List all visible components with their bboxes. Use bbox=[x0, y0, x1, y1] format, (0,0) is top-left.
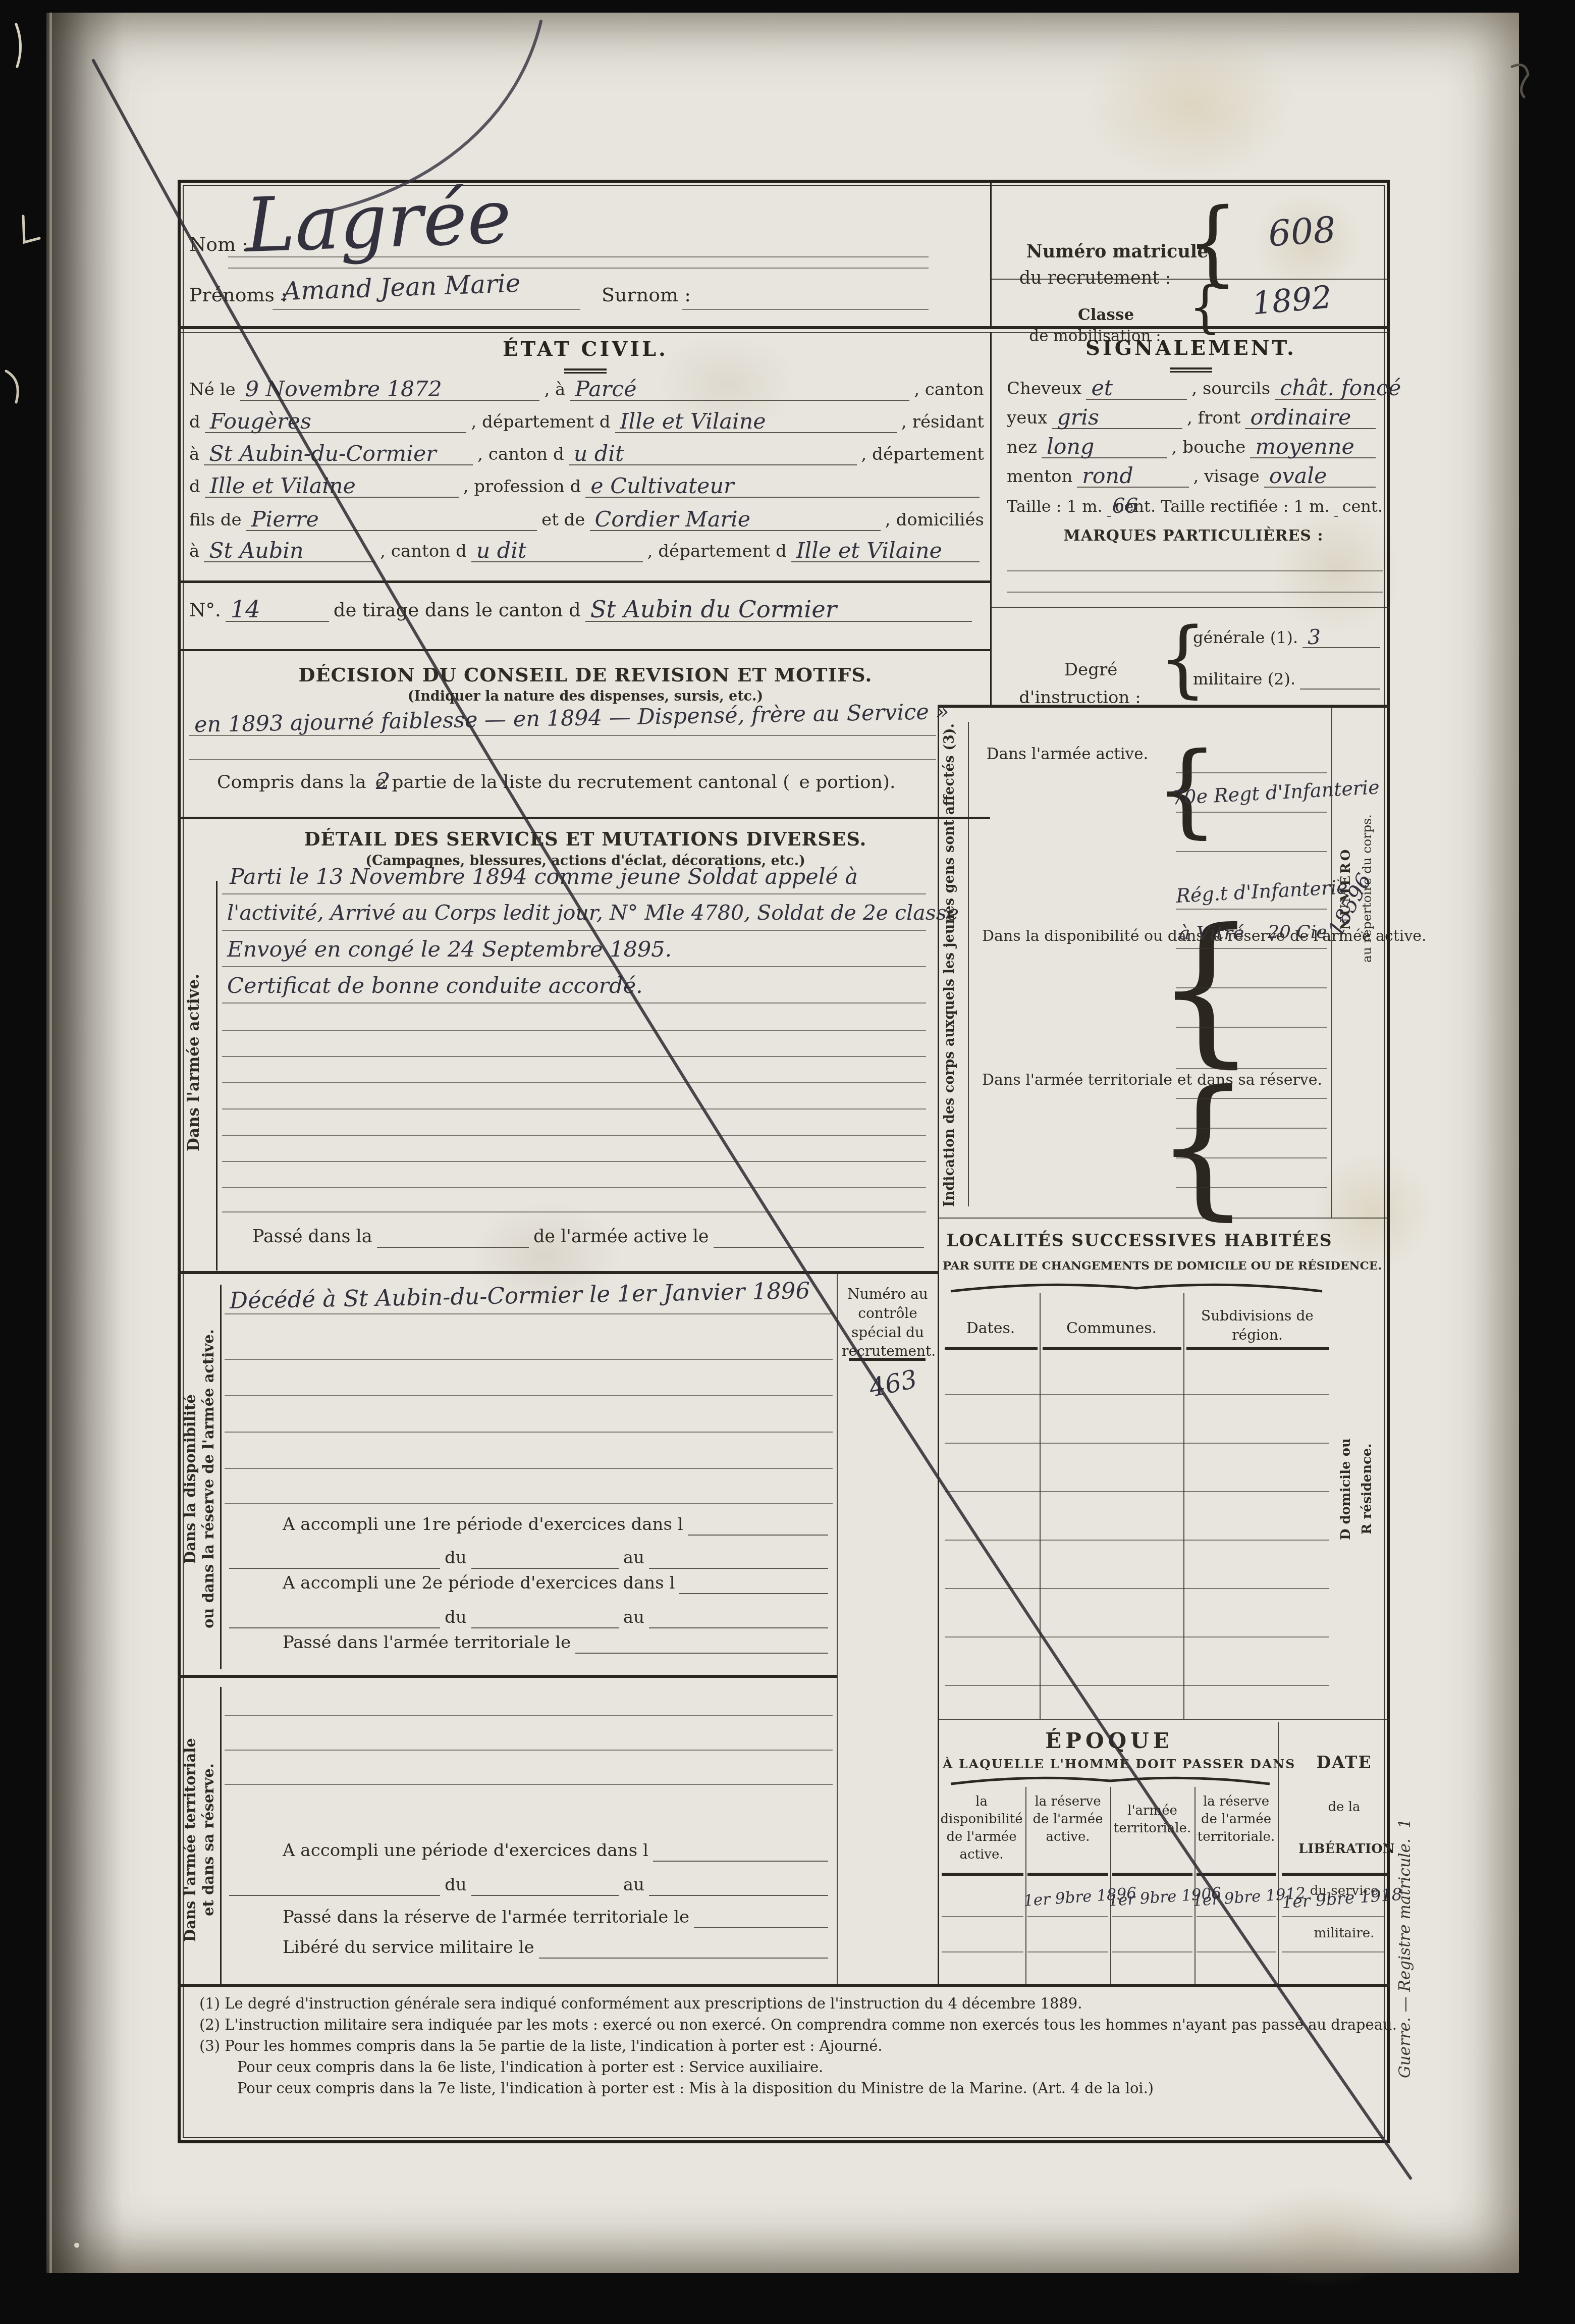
ruled-line bbox=[222, 1108, 926, 1110]
book-gutter-shadow bbox=[46, 13, 122, 2273]
decision-title: DÉCISION DU CONSEIL DE REVISION ET MOTIF… bbox=[182, 663, 989, 686]
ruled-line bbox=[225, 1359, 833, 1360]
prenoms-line bbox=[273, 309, 580, 310]
localites-row bbox=[945, 1636, 1329, 1638]
periode2-du-au: duau bbox=[225, 1605, 833, 1628]
corps-line bbox=[1176, 1098, 1327, 1099]
margin-mark bbox=[23, 216, 39, 242]
localites-row bbox=[945, 1540, 1329, 1541]
service-entry: l'activité, Arrivé au Corps ledit jour, … bbox=[227, 901, 959, 925]
localites-dr-label2: R résidence. bbox=[1360, 1363, 1375, 1615]
ruled-line bbox=[225, 1432, 833, 1433]
section-label-armee-active: Dans l'armée active. bbox=[185, 954, 205, 1171]
epoque-col-header: la disponibilité de l'armée active. bbox=[940, 1793, 1023, 1864]
epoque-date-label: DATE de la LIBÉRATION du service militai… bbox=[1282, 1728, 1390, 1965]
corps-line bbox=[1176, 772, 1327, 773]
ruled-line bbox=[222, 1187, 926, 1188]
epoque-header-rule bbox=[1027, 1873, 1108, 1876]
passe-reserve-terr-line: Passé dans la réserve de l'armée territo… bbox=[283, 1905, 833, 1928]
corps-dispo-value3: 20 Cie bbox=[1268, 922, 1327, 942]
localites-header-rule bbox=[1186, 1347, 1329, 1350]
degre-generale-line: générale (1).3 bbox=[1193, 625, 1385, 648]
epoque-empty-line bbox=[1027, 1951, 1108, 1952]
territoriale-bracket bbox=[220, 1687, 222, 1984]
etat-civil-line: dFougères, département dIlle et Vilaine,… bbox=[189, 410, 984, 433]
corps-line bbox=[1176, 987, 1327, 988]
column-divider-upper bbox=[990, 332, 992, 707]
disponibilite-bracket bbox=[220, 1285, 222, 1669]
page-edge-highlight bbox=[49, 13, 52, 2273]
column-divider-lower bbox=[938, 705, 939, 1986]
corps-line bbox=[1176, 948, 1327, 949]
epoque-title: ÉPOQUE bbox=[943, 1728, 1276, 1753]
section-label-territoriale: Dans l'armée territoriale bbox=[182, 1701, 200, 1979]
etat-civil-line: àSt Aubin, canton du dit, département dI… bbox=[189, 539, 984, 562]
localites-row bbox=[945, 1394, 1329, 1395]
service-line bbox=[222, 893, 926, 894]
signalement-row: yeuxgris, frontordinaire bbox=[1007, 407, 1380, 429]
corps-line bbox=[1176, 851, 1327, 852]
periode2-line: A accompli une 2e période d'exercices da… bbox=[283, 1571, 833, 1594]
corps-terr-brace: { bbox=[1155, 1058, 1251, 1234]
localites-col-divider bbox=[1040, 1293, 1041, 1719]
localites-header-rule bbox=[1043, 1347, 1181, 1350]
ruled-line bbox=[222, 1211, 926, 1212]
controle-col-divider bbox=[837, 1273, 838, 1986]
epoque-empty-line bbox=[942, 1951, 1023, 1952]
ruled-line bbox=[225, 1395, 833, 1396]
degre-militaire-line: militaire (2). bbox=[1193, 666, 1385, 690]
marques-label: MARQUES PARTICULIÈRES : bbox=[1007, 527, 1380, 545]
armee-active-bracket bbox=[216, 881, 218, 1271]
ruled-line bbox=[222, 1135, 926, 1136]
periode1-du-au: duau bbox=[225, 1546, 833, 1569]
nom-line bbox=[228, 268, 929, 269]
signalement-row: Cheveuxet, sourcilschât. foncé bbox=[1007, 378, 1380, 400]
corps-line bbox=[1176, 1128, 1327, 1129]
taille-row: Taille : 1 m.66cent. Taille rectifiée : … bbox=[1007, 495, 1383, 517]
section-rule bbox=[178, 1271, 938, 1274]
margin-mark bbox=[16, 24, 21, 67]
epoque-header-rule bbox=[1282, 1873, 1388, 1876]
ruled-line bbox=[222, 1161, 926, 1162]
periode-terr-line: A accompli une période d'exercices dans … bbox=[283, 1838, 833, 1862]
localites-header-rule bbox=[945, 1347, 1038, 1350]
tirage-line: N°.14de tirage dans le canton dSt Aubin … bbox=[189, 597, 976, 622]
ruled-line bbox=[225, 1503, 833, 1504]
footnote: Pour ceux compris dans la 6e liste, l'in… bbox=[237, 2058, 823, 2076]
degre-bottom-rule bbox=[938, 705, 1390, 708]
nom-value: Lagrée bbox=[244, 173, 513, 269]
header-bottom-rule2 bbox=[178, 332, 1390, 333]
ruled-line bbox=[225, 1468, 833, 1469]
corps-line bbox=[1176, 1027, 1327, 1028]
signalement-row: mentonrond, visageovale bbox=[1007, 465, 1380, 488]
decision-line bbox=[189, 735, 936, 736]
corps-line bbox=[1176, 812, 1327, 813]
localites-col-dates: Dates. bbox=[943, 1318, 1039, 1339]
corps-line bbox=[1176, 1157, 1327, 1158]
compris-line: Compris dans la2e partie de la liste du … bbox=[217, 769, 873, 794]
epoque-date-divider bbox=[1278, 1722, 1279, 1984]
etat-civil-line: Né le9 Novembre 1872, àParcé, canton bbox=[189, 378, 984, 401]
service-entry: Parti le 13 Novembre 1894 comme jeune So… bbox=[230, 864, 858, 889]
corps-vertical-bracket bbox=[968, 722, 969, 1206]
epoque-col-header: l'armée territoriale. bbox=[1112, 1802, 1192, 1837]
epoque-header-rule bbox=[1197, 1873, 1276, 1876]
services-title: DÉTAIL DES SERVICES ET MUTATIONS DIVERSE… bbox=[182, 828, 989, 850]
epoque-value-line bbox=[1197, 1916, 1276, 1917]
nom-label: Nom : bbox=[189, 233, 248, 255]
localites-title: LOCALITÉS SUCCESSIVES HABITÉES bbox=[943, 1231, 1336, 1250]
signalement-title: SIGNALEMENT. bbox=[994, 336, 1388, 360]
corps-terr-label: Dans l'armée territoriale et dans sa rés… bbox=[982, 1069, 1154, 1091]
epoque-subtitle: À LAQUELLE L'HOMME DOIT PASSER DANS bbox=[943, 1757, 1276, 1771]
section-label-territoriale2: et dans sa réserve. bbox=[200, 1701, 217, 1979]
classe-brace: { bbox=[1189, 275, 1221, 340]
corps-line bbox=[1176, 1187, 1327, 1188]
ruled-line bbox=[222, 1030, 926, 1031]
ruled-line bbox=[222, 1082, 926, 1083]
epoque-header-rule bbox=[1112, 1873, 1192, 1876]
controle-label: Numéro au contrôle spécial du recrutemen… bbox=[842, 1285, 934, 1361]
surnom-label: Surnom : bbox=[602, 284, 691, 306]
localites-row bbox=[945, 1685, 1329, 1686]
corps-dispo-label: Dans la disponibilité ou dans la réserve… bbox=[982, 925, 1154, 947]
epoque-empty-line bbox=[1112, 1951, 1192, 1952]
ruled-line bbox=[222, 1056, 926, 1057]
degre-label: Degréd'instruction : bbox=[1004, 629, 1156, 739]
libere-line: Libéré du service militaire le bbox=[283, 1935, 833, 1959]
corps-dispo-value2: à Vitré bbox=[1179, 922, 1244, 944]
surnom-line bbox=[682, 309, 929, 310]
etat-civil-line: àSt Aubin-du-Cormier, canton du dit, dép… bbox=[189, 442, 984, 465]
header-divider bbox=[990, 183, 992, 328]
service-line bbox=[222, 1002, 926, 1003]
ruled-line bbox=[225, 1715, 833, 1716]
epoque-empty-line bbox=[1282, 1951, 1385, 1952]
corps-line bbox=[1176, 909, 1327, 910]
localites-row bbox=[945, 1588, 1329, 1589]
etat-civil-rule-mark bbox=[564, 368, 607, 374]
decede-line bbox=[225, 1313, 833, 1314]
service-entry: Certificat de bonne conduite accordé. bbox=[227, 973, 643, 998]
signalement-rule-mark bbox=[1170, 367, 1212, 373]
etat-civil-line: fils dePierreet deCordier Marie, domicil… bbox=[189, 508, 984, 531]
epoque-col-divider bbox=[1025, 1787, 1026, 1984]
localites-col-communes: Communes. bbox=[1041, 1318, 1182, 1339]
service-entry: Envoyé en congé le 24 Septembre 1895. bbox=[227, 937, 672, 962]
service-line bbox=[222, 966, 926, 967]
etat-civil-title: ÉTAT CIVIL. bbox=[182, 337, 989, 361]
header-bottom-rule bbox=[178, 326, 1390, 329]
epoque-value-line bbox=[942, 1916, 1023, 1917]
section-rule bbox=[178, 1675, 837, 1678]
periode-terr-du-au: duau bbox=[225, 1873, 833, 1896]
signalement-row: nezlong, bouchemoyenne bbox=[1007, 436, 1380, 458]
ruled-line bbox=[1007, 570, 1383, 571]
margin-caption: Guerre. — Registre matricule. 1 bbox=[1396, 1787, 1418, 2110]
epoque-value-line bbox=[1282, 1916, 1385, 1917]
localites-bottom-rule bbox=[938, 1719, 1390, 1720]
etat-civil-bottom-rule bbox=[178, 580, 990, 583]
footnote: Pour ceux compris dans la 7e liste, l'in… bbox=[237, 2080, 1154, 2097]
signalement-bottom-rule bbox=[990, 607, 1390, 608]
bottom-section-rule bbox=[178, 1984, 1390, 1987]
epoque-empty-line bbox=[1197, 1951, 1276, 1952]
decision-line bbox=[189, 759, 936, 760]
corps-active-label: Dans l'armée active. bbox=[979, 743, 1156, 766]
localites-dr-label1: D domicile ou bbox=[1338, 1363, 1356, 1615]
localites-row bbox=[945, 1443, 1329, 1444]
tirage-bottom-rule bbox=[178, 649, 990, 651]
localites-col-divider bbox=[1183, 1293, 1184, 1719]
ruled-line bbox=[225, 1750, 833, 1751]
localites-col-subdiv: Subdivisions de région. bbox=[1184, 1306, 1330, 1345]
passe-armee-active-line: Passé dans lade l'armée active le bbox=[252, 1224, 929, 1248]
ruled-line bbox=[225, 1784, 833, 1785]
periode1-line: A accompli une 1re période d'exercices d… bbox=[283, 1512, 833, 1536]
epoque-header-rule bbox=[942, 1873, 1023, 1876]
epoque-col-header: la réserve de l'armée territoriale. bbox=[1197, 1793, 1276, 1846]
prenoms-label: Prénoms : bbox=[189, 284, 287, 306]
section-label-disponibilite2: ou dans la réserve de l'armée active. bbox=[200, 1292, 217, 1666]
scanned-register-page: Nom : Lagrée Prénoms : Amand Jean Marie … bbox=[0, 0, 1575, 2324]
decision-bottom-rule bbox=[178, 817, 990, 819]
service-line bbox=[222, 930, 926, 931]
footnote: (1) Le degré d'instruction générale sera… bbox=[199, 1995, 1082, 2012]
footnote: (2) L'instruction militaire sera indiqué… bbox=[199, 2016, 1397, 2033]
controle-rule bbox=[849, 1358, 926, 1361]
footnote: (3) Pour les hommes compris dans la 5e p… bbox=[199, 2037, 883, 2054]
ruled-line bbox=[1007, 592, 1383, 593]
localites-row bbox=[945, 1491, 1329, 1492]
corps-vertical-label: Indication des corps auxquels les jeunes… bbox=[942, 717, 961, 1214]
section-label-disponibilite: Dans la disponibilité bbox=[182, 1292, 200, 1666]
passe-territoriale-line: Passé dans l'armée territoriale le bbox=[283, 1630, 833, 1654]
margin-mark bbox=[6, 371, 18, 402]
epoque-value-line bbox=[1027, 1916, 1108, 1917]
localites-subtitle: PAR SUITE DE CHANGEMENTS DE DOMICILE OU … bbox=[943, 1259, 1336, 1273]
epoque-value-line bbox=[1112, 1916, 1192, 1917]
etat-civil-line: dIlle et Vilaine, profession de Cultivat… bbox=[189, 474, 984, 498]
corps-bottom-rule bbox=[938, 1218, 1390, 1219]
epoque-col-header: la réserve de l'armée active. bbox=[1027, 1793, 1108, 1846]
corps-line bbox=[1176, 1068, 1327, 1069]
